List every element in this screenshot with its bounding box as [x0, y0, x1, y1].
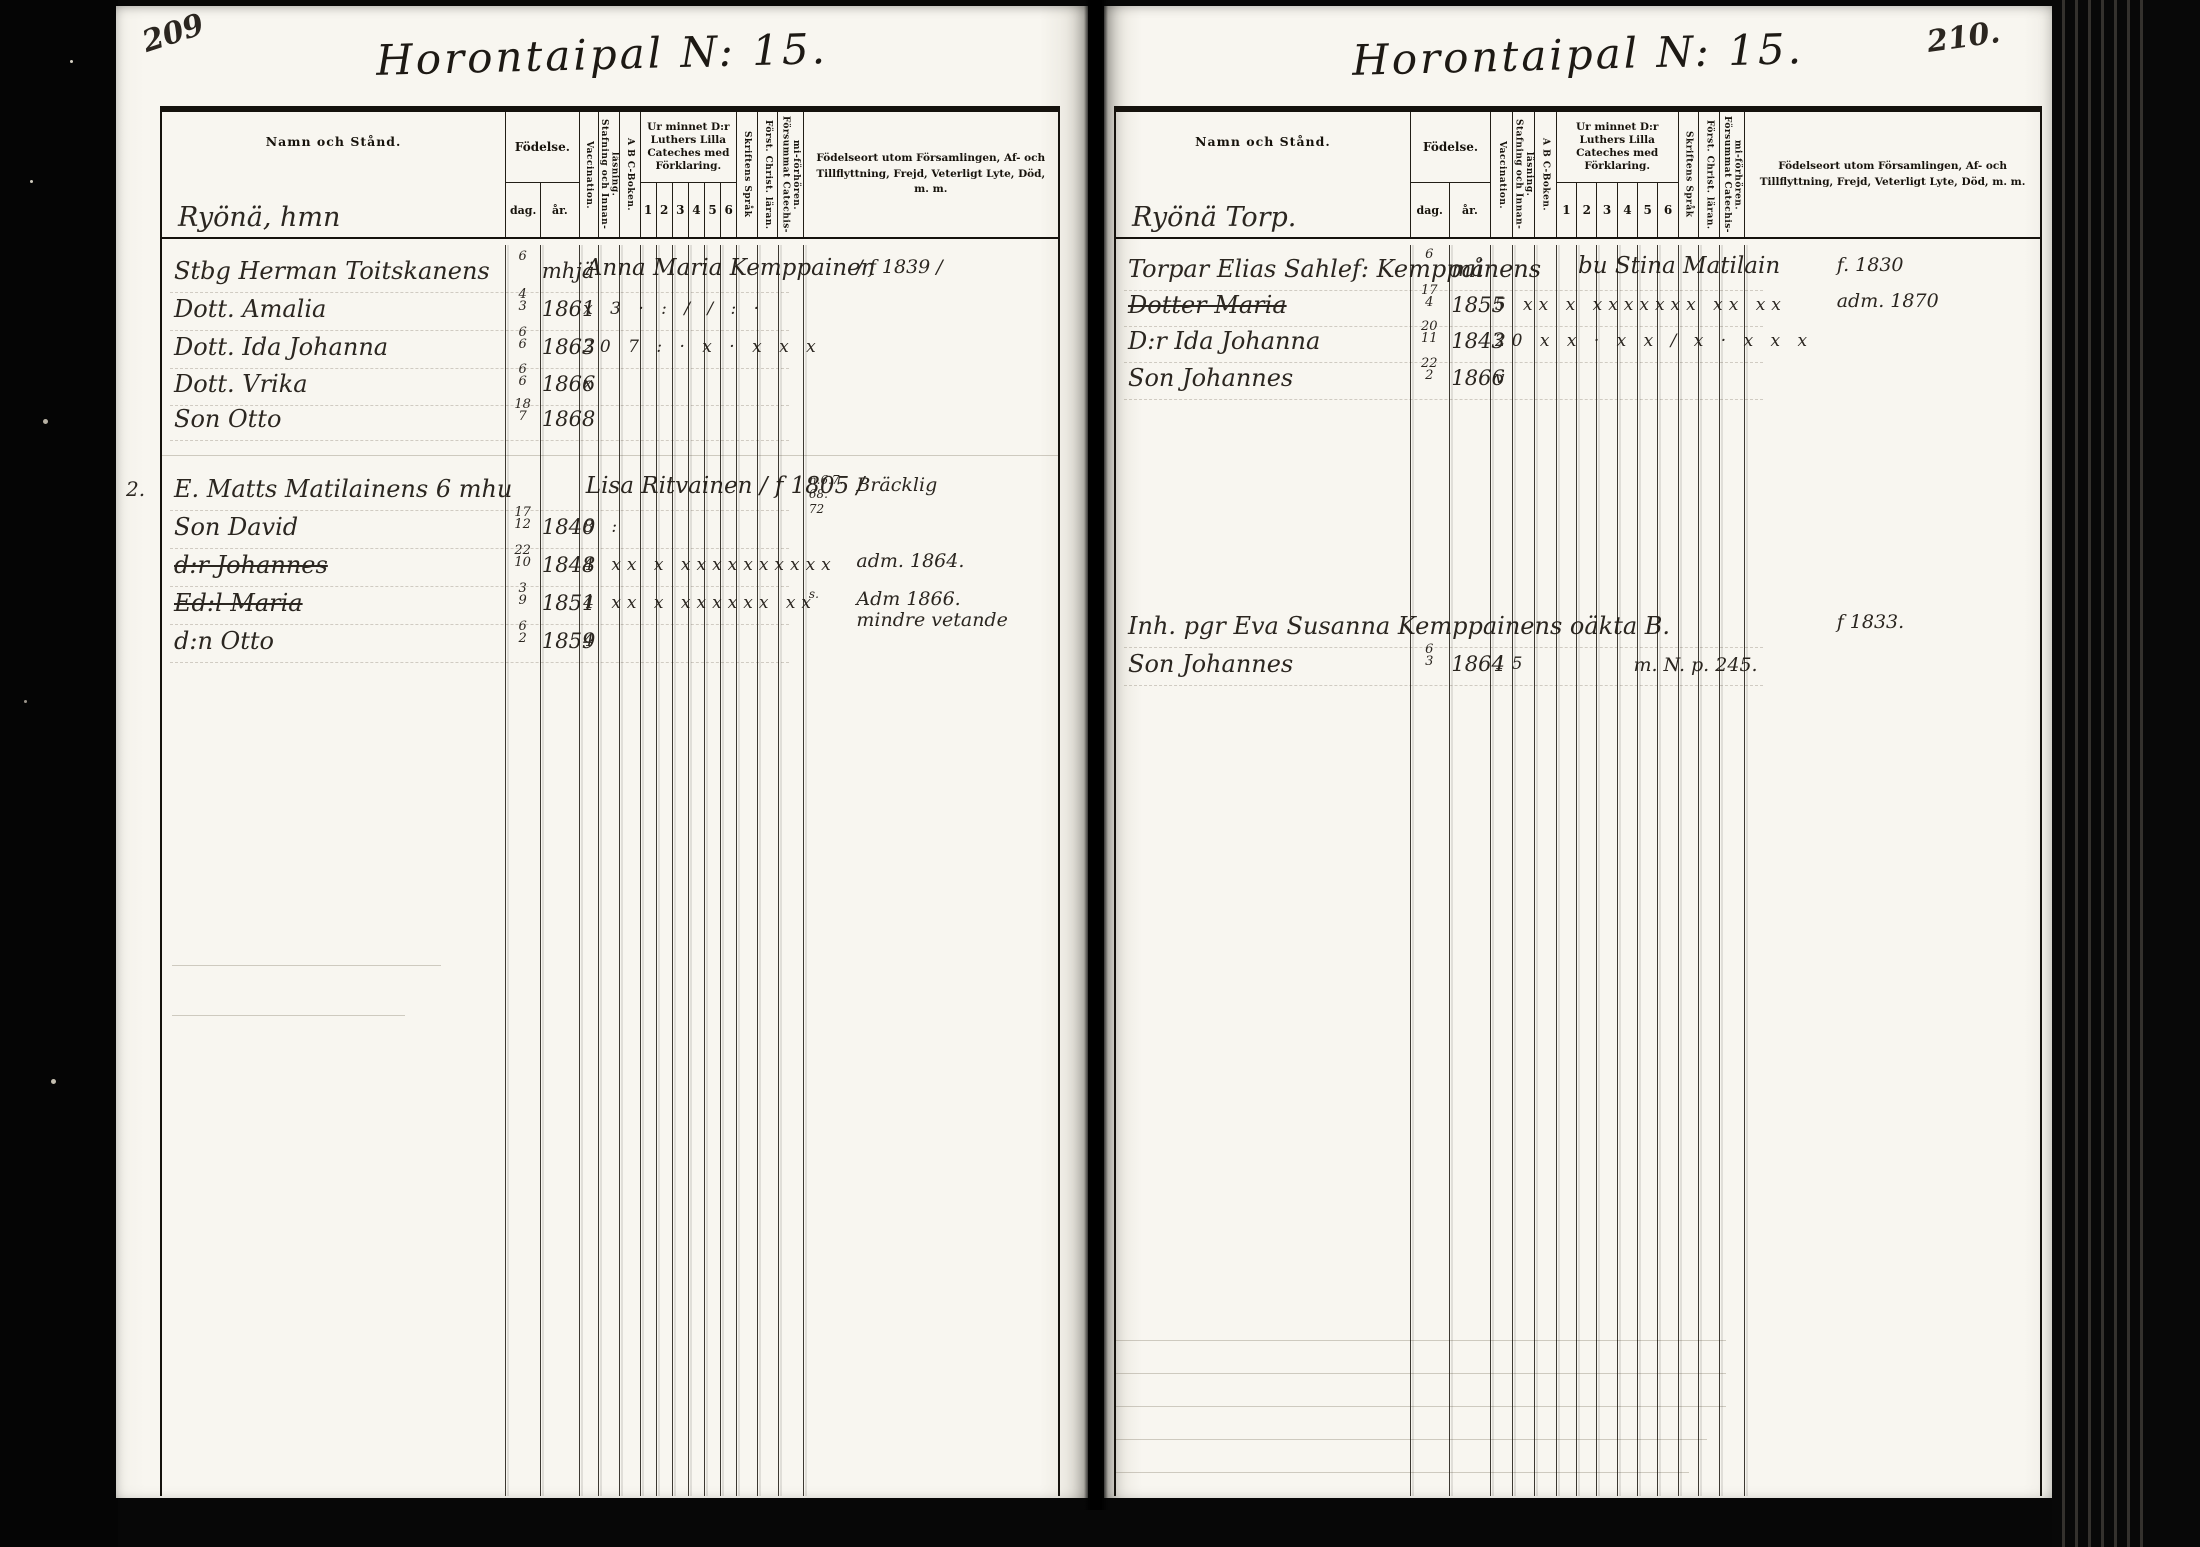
column-rule: [704, 245, 705, 1496]
column-rule: [688, 245, 689, 1496]
column-header-stafning: Stafning och Innan-läsning.: [1512, 112, 1533, 237]
column-header-skriftens: Skriftens Språk: [736, 112, 757, 237]
margin-note: / f 1839 /: [856, 257, 942, 278]
exam-marks: 20 x x · x x / x · x x x: [1495, 331, 1813, 351]
birth-day: 6: [1410, 249, 1449, 261]
ruled-line: [1116, 1406, 1726, 1407]
register-row: Stbg Herman Toitskanens 6 mhjä Anna Mari…: [162, 255, 1058, 295]
birth-year: 1868: [542, 407, 595, 431]
person-name: D:r Ida Johanna: [1128, 327, 1320, 355]
column-rule: [1490, 245, 1491, 1496]
column-header-fodelseort: Födelseort utom Församlingen, Af- och Ti…: [1744, 112, 2040, 237]
person-name: Son Johannes: [1128, 364, 1293, 392]
register-row: Son David 17 12 1840 8 :: [162, 511, 1058, 551]
column-label: Namn och Stånd.: [162, 134, 505, 149]
register-row: Torpar Elias Sahlef: Kemppainens 6 må bu…: [1116, 253, 2040, 293]
column-rule: [656, 245, 657, 1496]
margin-note: adm. 1864.: [856, 551, 964, 572]
column-header-abc: A B C-Boken.: [1534, 112, 1556, 237]
birth-day: 6 2: [505, 621, 540, 644]
exam-marks: 5 xx x xxxxxxx xx xx: [1495, 295, 1787, 315]
column-header-cateches: Ur minnet D:r Luthers Lilla Cateches med…: [1556, 112, 1678, 182]
column-rule: [1637, 245, 1638, 1496]
person-name: d:n Otto: [174, 627, 274, 655]
column-header-namn: Namn och Stånd. Ryönä, hmn: [162, 112, 505, 237]
column-header-dag: dag.: [1410, 182, 1449, 237]
ruled-line: [1116, 1439, 1707, 1440]
column-header-skriftens: Skriftens Språk: [1678, 112, 1698, 237]
exam-marks: 4 xx x xxxxxxxxxx: [583, 555, 837, 575]
person-name: Dott. Ida Johanna: [174, 333, 388, 361]
person-name: Ed:l Maria: [174, 589, 303, 617]
scan-right-margin: [2052, 0, 2200, 1547]
margin-note: adm. 1870: [1837, 291, 1939, 312]
column-header-5: 5: [704, 182, 720, 237]
person-name: Dott. Amalia: [174, 295, 326, 323]
birth-day: 6 3: [1410, 644, 1449, 667]
register-table: Namn och Stånd. Ryönä, hmn Födelse. dag.…: [160, 106, 1060, 1496]
column-header-2: 2: [656, 182, 672, 237]
person-name: Son Johannes: [1128, 650, 1293, 678]
farm-heading: Ryönä Torp.: [1132, 202, 1296, 233]
margin-code: s.: [809, 587, 819, 601]
register-table: Namn och Stånd. Ryönä Torp. Födelse. dag…: [1114, 106, 2042, 1496]
column-rule: [1449, 245, 1450, 1496]
birth-day: 6 6: [505, 327, 540, 350]
column-rule: [1576, 245, 1577, 1496]
column-rule: [778, 245, 779, 1496]
column-header-2: 2: [1576, 182, 1596, 237]
column-header-5: 5: [1637, 182, 1657, 237]
column-rule: [1657, 245, 1658, 1496]
margin-note: f. 1830: [1837, 255, 1904, 276]
column-header-fodelseort: Födelseort utom Församlingen, Af- och Ti…: [803, 112, 1058, 237]
birth-day: 22 2: [1410, 358, 1449, 381]
column-header-3: 3: [1596, 182, 1616, 237]
person-name: Inh. pgr Eva Susanna Kemppainens oäkta B…: [1128, 612, 1670, 640]
household-number: 2.: [126, 477, 145, 501]
column-rule: [1719, 245, 1720, 1496]
reference-note: m. N. p. 245.: [1633, 654, 1757, 676]
register-row: Dott. Vrika 6 6 1866 x: [162, 368, 1058, 408]
column-rule: [1617, 245, 1618, 1496]
register-row: 2. E. Matts Matilainens 6 mhu Lisa Ritva…: [162, 473, 1058, 513]
column-header-4: 4: [1617, 182, 1637, 237]
ruled-line: [172, 1015, 405, 1016]
spouse-note: Anna Maria Kemppainen: [586, 255, 876, 281]
column-header-forst-christ: Först. Christ. läran.: [1698, 112, 1719, 237]
person-name: E. Matts Matilainens 6 mhu: [174, 475, 512, 503]
margin-code: n.6.7. 68. 72: [809, 473, 843, 516]
register-row: Son Johannes 22 2 1866 v: [1116, 362, 2040, 402]
register-row: Ed:l Maria 3 9 1851 4 xx x xxxxxx xx s. …: [162, 587, 1058, 627]
column-rule: [803, 245, 804, 1496]
right-page: 210. Horontaipal N: 15. Namn och Stånd. …: [1104, 6, 2052, 1498]
column-header-6: 6: [720, 182, 736, 237]
column-header-1: 1: [1556, 182, 1576, 237]
column-header-namn: Namn och Stånd. Ryönä Torp.: [1116, 112, 1410, 237]
page-number: 210.: [1925, 15, 2002, 60]
left-page: 209 Horontaipal N: 15. Namn och Stånd. R…: [116, 6, 1088, 1498]
farm-heading: Ryönä, hmn: [178, 202, 340, 233]
column-rule: [540, 245, 541, 1496]
column-rule: [736, 245, 737, 1496]
scan-left-margin: [0, 0, 118, 1547]
person-name: Dott. Vrika: [174, 370, 308, 398]
column-rule: [720, 245, 721, 1496]
person-name: Son Otto: [174, 405, 281, 433]
exam-marks: x: [583, 374, 599, 394]
register-row: D:r Ida Johanna 20 11 1843 20 x x · x x …: [1116, 325, 2040, 365]
column-header-abc: A B C-Boken.: [619, 112, 640, 237]
page-title: Horontaipal N: 15.: [375, 24, 828, 85]
birth-day: 6 6: [505, 364, 540, 387]
column-header-3: 3: [672, 182, 688, 237]
column-rule: [1534, 245, 1535, 1496]
ruled-line: [1116, 1472, 1689, 1473]
column-header-vaccination: Vaccination.: [579, 112, 599, 237]
register-row: Inh. pgr Eva Susanna Kemppainens oäkta B…: [1116, 610, 2040, 650]
person-name: Stbg Herman Toitskanens: [174, 257, 490, 285]
register-row: d:r Johannes 22 10 1848 4 xx x xxxxxxxxx…: [162, 549, 1058, 589]
birth-day: 18 7: [505, 399, 540, 422]
column-rule: [1744, 245, 1745, 1496]
column-rule: [640, 245, 641, 1496]
column-header-cateches: Ur minnet D:r Luthers Lilla Cateches med…: [640, 112, 737, 182]
register-row: Dott. Ida Johanna 6 6 1863 20 7 : · x · …: [162, 331, 1058, 371]
page-number: 209: [138, 7, 208, 60]
ruled-line: [162, 455, 1058, 456]
register-row: Dotter Maria 17 4 1855 5 xx x xxxxxxx xx…: [1116, 289, 2040, 329]
birth-day: 4 3: [505, 289, 540, 312]
ruled-line: [172, 965, 441, 966]
register-row: Son Otto 18 7 1868: [162, 403, 1058, 443]
column-header-1: 1: [640, 182, 656, 237]
person-name: d:r Johannes: [174, 551, 328, 579]
book-gutter: [1084, 0, 1108, 1510]
register-row: Dott. Amalia 4 3 1861 x 3 · : / / : ·: [162, 293, 1058, 333]
column-rule: [619, 245, 620, 1496]
column-header-ar: år.: [540, 182, 579, 237]
column-rule: [1596, 245, 1597, 1496]
column-header-ar: år.: [1449, 182, 1491, 237]
exam-marks: x 3 · : / / : ·: [583, 299, 765, 319]
column-rule: [672, 245, 673, 1496]
column-rule: [598, 245, 599, 1496]
birth-day: 6: [505, 251, 540, 263]
birth-day: 17 12: [505, 507, 540, 530]
column-label: Namn och Stånd.: [1116, 134, 1410, 149]
page-title: Horontaipal N: 15.: [1351, 24, 1804, 85]
column-header-vaccination: Vaccination.: [1490, 112, 1512, 237]
column-rule: [505, 245, 506, 1496]
margin-note: f 1833.: [1837, 612, 1904, 633]
column-header-stafning: Stafning och Innan-läsning.: [598, 112, 619, 237]
register-row: d:n Otto 6 2 1859 4: [162, 625, 1058, 665]
column-header-fodelse: Födelse.: [1410, 112, 1490, 182]
column-rule: [1556, 245, 1557, 1496]
table-body: Torpar Elias Sahlef: Kemppainens 6 må bu…: [1116, 245, 2040, 1496]
person-name: Son David: [174, 513, 298, 541]
column-rule: [1678, 245, 1679, 1496]
column-header-fodelse: Födelse.: [505, 112, 578, 182]
table-header: Namn och Stånd. Ryönä, hmn Födelse. dag.…: [162, 112, 1058, 239]
column-rule: [1410, 245, 1411, 1496]
birth-day: 20 11: [1410, 321, 1449, 344]
column-header-dag: dag.: [505, 182, 540, 237]
birth-day: 3 9: [505, 583, 540, 606]
column-header-forsummat: Försummat Catechis-mi-förhören.: [1719, 112, 1744, 237]
ruled-line: [1116, 1340, 1726, 1341]
exam-marks: v: [1495, 368, 1511, 388]
column-rule: [1512, 245, 1513, 1496]
birth-day: 17 4: [1410, 285, 1449, 308]
scan-speckle: [30, 180, 33, 183]
spouse-note: bu Stina Matilain: [1578, 253, 1780, 279]
table-header: Namn och Stånd. Ryönä Torp. Födelse. dag…: [1116, 112, 2040, 239]
ruled-line: [1116, 1373, 1726, 1374]
birth-year: må: [1451, 257, 1483, 281]
column-header-4: 4: [688, 182, 704, 237]
birth-day: 22 10: [505, 545, 540, 568]
column-rule: [757, 245, 758, 1496]
column-header-forsummat: Försummat Catechis-mi-förhören.: [777, 112, 802, 237]
column-header-6: 6: [1657, 182, 1677, 237]
table-body: Stbg Herman Toitskanens 6 mhjä Anna Mari…: [162, 245, 1058, 1496]
register-row: Son Johannes 6 3 1864 15 m. N. p. 245.: [1116, 648, 2040, 688]
margin-note: Bräcklig: [856, 475, 937, 496]
exam-marks: 8 :: [583, 517, 623, 537]
column-header-forst-christ: Först. Christ. läran.: [757, 112, 778, 237]
person-name: Dotter Maria: [1128, 291, 1287, 319]
column-rule: [1698, 245, 1699, 1496]
column-rule: [579, 245, 580, 1496]
